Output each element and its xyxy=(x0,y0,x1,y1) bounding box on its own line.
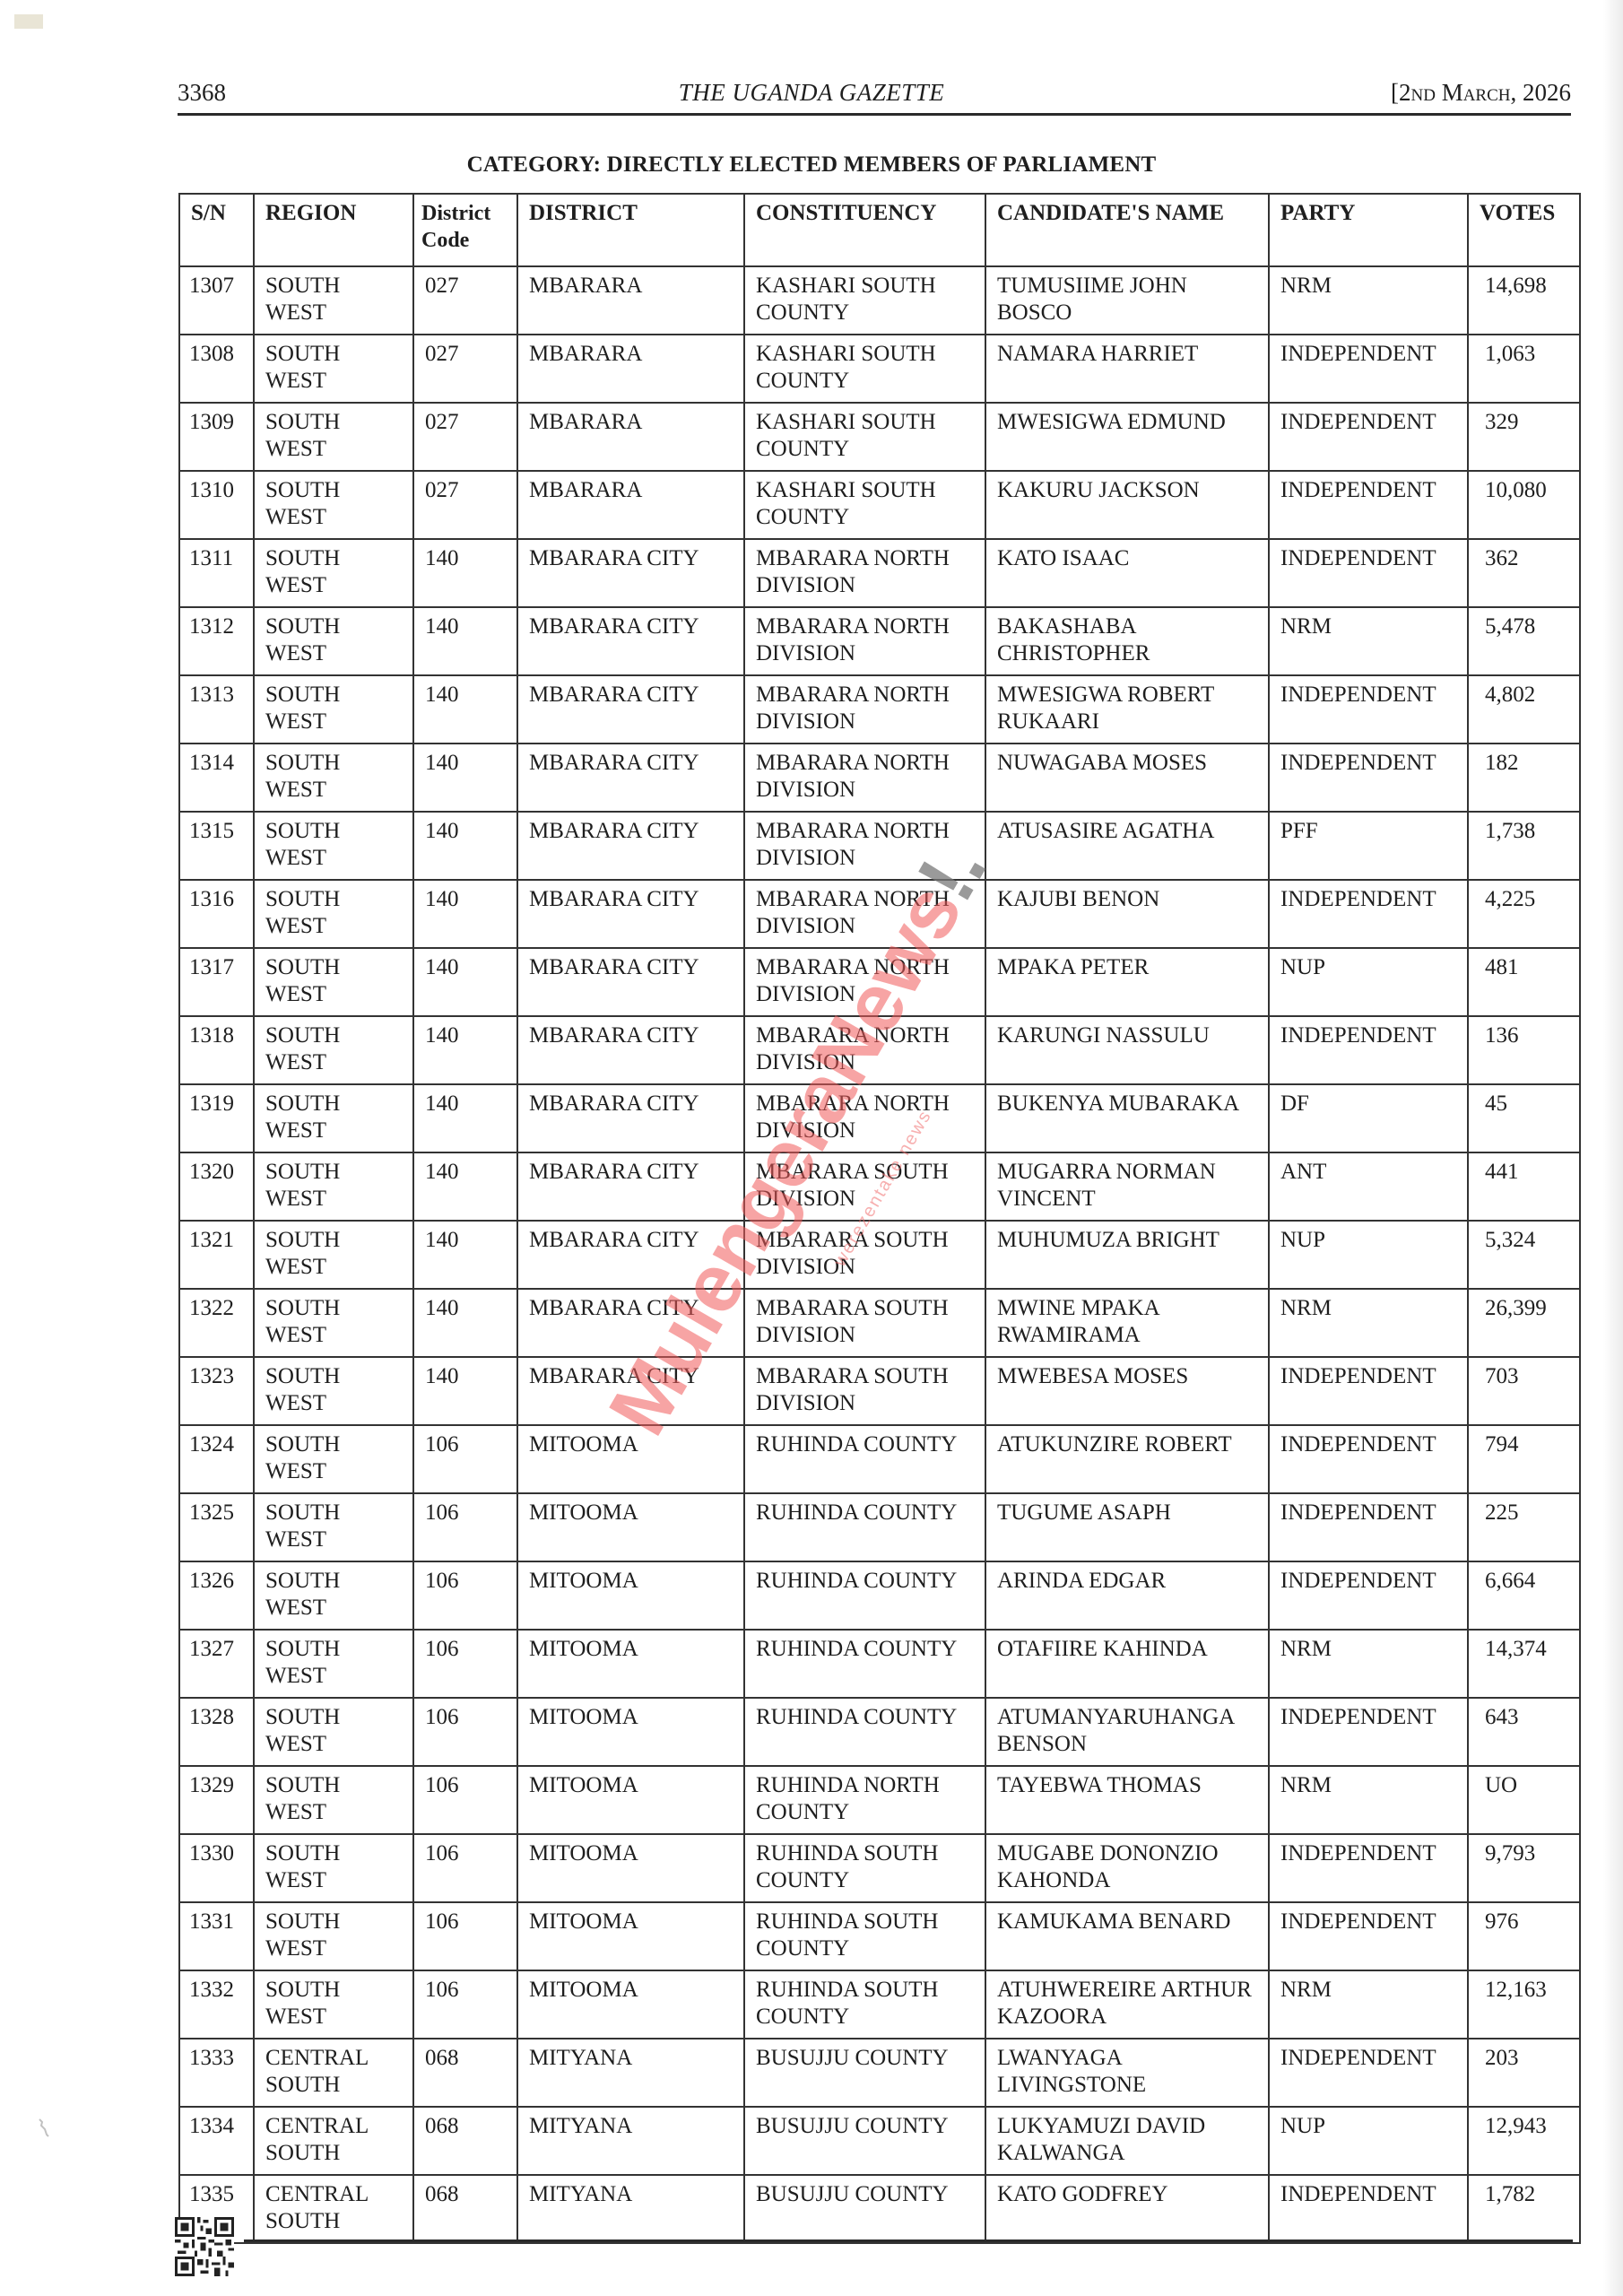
table-row: 1317SOUTH WEST140MBARARA CITYMBARARA NOR… xyxy=(179,948,1580,1016)
date-bracket: [ xyxy=(1391,79,1399,106)
cell-region: SOUTH WEST xyxy=(254,948,413,1016)
cell-district: MBARARA xyxy=(517,471,744,539)
cell-candidate: MPAKA PETER xyxy=(985,948,1269,1016)
table-row: 1308SOUTH WEST027MBARARAKASHARI SOUTH CO… xyxy=(179,335,1580,403)
table-row: 1334CENTRAL SOUTH068MITYANABUSUJJU COUNT… xyxy=(179,2107,1580,2175)
cell-sn: 1313 xyxy=(179,675,254,744)
cell-votes: 45 xyxy=(1468,1084,1580,1152)
cell-party: INDEPENDENT xyxy=(1269,2039,1468,2107)
cell-region: CENTRAL SOUTH xyxy=(254,2175,413,2243)
cell-sn: 1331 xyxy=(179,1902,254,1970)
cell-candidate: LWANYAGA LIVINGSTONE xyxy=(985,2039,1269,2107)
cell-district: MITYANA xyxy=(517,2107,744,2175)
cell-party: INDEPENDENT xyxy=(1269,403,1468,471)
cell-party: INDEPENDENT xyxy=(1269,880,1468,948)
cell-district-code: 140 xyxy=(413,675,517,744)
cell-constituency: BUSUJJU COUNTY xyxy=(744,2039,985,2107)
cell-region: SOUTH WEST xyxy=(254,1357,413,1425)
cell-district: MBARARA CITY xyxy=(517,948,744,1016)
cell-district: MITYANA xyxy=(517,2039,744,2107)
cell-party: DF xyxy=(1269,1084,1468,1152)
cell-constituency: MBARARA NORTH DIVISION xyxy=(744,1016,985,1084)
cell-candidate: KARUNGI NASSULU xyxy=(985,1016,1269,1084)
qr-code-icon xyxy=(175,2217,234,2276)
table-row: 1315SOUTH WEST140MBARARA CITYMBARARA NOR… xyxy=(179,812,1580,880)
cell-region: SOUTH WEST xyxy=(254,1561,413,1630)
table-row: 1335CENTRAL SOUTH068MITYANABUSUJJU COUNT… xyxy=(179,2175,1580,2243)
cell-candidate: BUKENYA MUBARAKA xyxy=(985,1084,1269,1152)
cell-sn: 1334 xyxy=(179,2107,254,2175)
cell-constituency: MBARARA NORTH DIVISION xyxy=(744,675,985,744)
cell-party: INDEPENDENT xyxy=(1269,1698,1468,1766)
cell-sn: 1318 xyxy=(179,1016,254,1084)
page-edge-shadow xyxy=(1603,0,1623,2296)
cell-sn: 1323 xyxy=(179,1357,254,1425)
cell-district-code: 140 xyxy=(413,744,517,812)
cell-district-code: 140 xyxy=(413,948,517,1016)
cell-votes: 643 xyxy=(1468,1698,1580,1766)
table-row: 1313SOUTH WEST140MBARARA CITYMBARARA NOR… xyxy=(179,675,1580,744)
date-day-suffix: nd xyxy=(1411,79,1436,106)
cell-candidate: ARINDA EDGAR xyxy=(985,1561,1269,1630)
cell-district-code: 140 xyxy=(413,1289,517,1357)
table-row: 1311SOUTH WEST140MBARARA CITYMBARARA NOR… xyxy=(179,539,1580,607)
cell-district-code: 106 xyxy=(413,1493,517,1561)
table-row: 1318SOUTH WEST140MBARARA CITYMBARARA NOR… xyxy=(179,1016,1580,1084)
cell-party: NUP xyxy=(1269,2107,1468,2175)
cell-sn: 1333 xyxy=(179,2039,254,2107)
cell-votes: 976 xyxy=(1468,1902,1580,1970)
cell-votes: 14,374 xyxy=(1468,1630,1580,1698)
gazette-title: THE UGANDA GAZETTE xyxy=(0,79,1623,107)
cell-candidate: KATO ISAAC xyxy=(985,539,1269,607)
scan-speck-artifact xyxy=(38,2118,50,2138)
cell-candidate: MWINE MPAKA RWAMIRAMA xyxy=(985,1289,1269,1357)
table-row: 1332SOUTH WEST106MITOOMARUHINDA SOUTH CO… xyxy=(179,1970,1580,2039)
cell-district: MITOOMA xyxy=(517,1970,744,2039)
cell-party: NRM xyxy=(1269,266,1468,335)
cell-district: MBARARA CITY xyxy=(517,539,744,607)
cell-district-code: 106 xyxy=(413,1561,517,1630)
cell-constituency: KASHARI SOUTH COUNTY xyxy=(744,403,985,471)
cell-constituency: MBARARA SOUTH DIVISION xyxy=(744,1221,985,1289)
cell-candidate: TAYEBWA THOMAS xyxy=(985,1766,1269,1834)
cell-party: INDEPENDENT xyxy=(1269,675,1468,744)
table-row: 1325SOUTH WEST106MITOOMARUHINDA COUNTYTU… xyxy=(179,1493,1580,1561)
cell-votes: 225 xyxy=(1468,1493,1580,1561)
column-header-district-code: DistrictCode xyxy=(413,194,517,266)
table-row: 1333CENTRAL SOUTH068MITYANABUSUJJU COUNT… xyxy=(179,2039,1580,2107)
cell-district-code: 027 xyxy=(413,335,517,403)
cell-sn: 1324 xyxy=(179,1425,254,1493)
cell-sn: 1325 xyxy=(179,1493,254,1561)
cell-party: INDEPENDENT xyxy=(1269,744,1468,812)
cell-constituency: RUHINDA SOUTH COUNTY xyxy=(744,1970,985,2039)
cell-district: MBARARA CITY xyxy=(517,1357,744,1425)
footer-rule xyxy=(244,2239,1573,2242)
table-row: 1324SOUTH WEST106MITOOMARUHINDA COUNTYAT… xyxy=(179,1425,1580,1493)
cell-sn: 1312 xyxy=(179,607,254,675)
cell-candidate: KATO GODFREY xyxy=(985,2175,1269,2243)
cell-candidate: MUGABE DONONZIO KAHONDA xyxy=(985,1834,1269,1902)
cell-candidate: LUKYAMUZI DAVID KALWANGA xyxy=(985,2107,1269,2175)
cell-region: SOUTH WEST xyxy=(254,1766,413,1834)
header-rule xyxy=(178,113,1571,116)
cell-region: SOUTH WEST xyxy=(254,812,413,880)
cell-sn: 1322 xyxy=(179,1289,254,1357)
cell-party: NUP xyxy=(1269,948,1468,1016)
date-day: 2 xyxy=(1399,79,1411,106)
cell-district: MBARARA xyxy=(517,266,744,335)
cell-party: INDEPENDENT xyxy=(1269,1016,1468,1084)
cell-constituency: MBARARA SOUTH DIVISION xyxy=(744,1289,985,1357)
cell-district-code: 140 xyxy=(413,1016,517,1084)
cell-candidate: ATUSASIRE AGATHA xyxy=(985,812,1269,880)
cell-region: SOUTH WEST xyxy=(254,335,413,403)
column-header-candidate: CANDIDATE'S NAME xyxy=(985,194,1269,266)
cell-district: MITOOMA xyxy=(517,1425,744,1493)
cell-district-code: 106 xyxy=(413,1630,517,1698)
cell-sn: 1320 xyxy=(179,1152,254,1221)
cell-candidate: ATUKUNZIRE ROBERT xyxy=(985,1425,1269,1493)
cell-district: MBARARA CITY xyxy=(517,812,744,880)
cell-party: INDEPENDENT xyxy=(1269,1561,1468,1630)
cell-votes: 10,080 xyxy=(1468,471,1580,539)
table-row: 1309SOUTH WEST027MBARARAKASHARI SOUTH CO… xyxy=(179,403,1580,471)
cell-district: MITOOMA xyxy=(517,1698,744,1766)
cell-party: NUP xyxy=(1269,1221,1468,1289)
cell-votes: 362 xyxy=(1468,539,1580,607)
cell-region: SOUTH WEST xyxy=(254,1289,413,1357)
cell-constituency: BUSUJJU COUNTY xyxy=(744,2175,985,2243)
cell-district: MBARARA CITY xyxy=(517,1221,744,1289)
cell-district-code: 027 xyxy=(413,266,517,335)
cell-district-code: 140 xyxy=(413,539,517,607)
results-table: S/N REGION DistrictCode DISTRICT CONSTIT… xyxy=(178,193,1581,2244)
cell-region: SOUTH WEST xyxy=(254,471,413,539)
cell-district-code: 140 xyxy=(413,880,517,948)
table-row: 1321SOUTH WEST140MBARARA CITYMBARARA SOU… xyxy=(179,1221,1580,1289)
column-header-party: PARTY xyxy=(1269,194,1468,266)
district-code-line1: District xyxy=(421,202,490,225)
column-header-constituency: CONSTITUENCY xyxy=(744,194,985,266)
cell-sn: 1310 xyxy=(179,471,254,539)
cell-candidate: KAKURU JACKSON xyxy=(985,471,1269,539)
cell-region: SOUTH WEST xyxy=(254,403,413,471)
cell-party: NRM xyxy=(1269,1630,1468,1698)
cell-constituency: MBARARA NORTH DIVISION xyxy=(744,1084,985,1152)
table-row: 1323SOUTH WEST140MBARARA CITYMBARARA SOU… xyxy=(179,1357,1580,1425)
cell-constituency: KASHARI SOUTH COUNTY xyxy=(744,266,985,335)
table-row: 1316SOUTH WEST140MBARARA CITYMBARARA NOR… xyxy=(179,880,1580,948)
table-row: 1331SOUTH WEST106MITOOMARUHINDA SOUTH CO… xyxy=(179,1902,1580,1970)
cell-constituency: RUHINDA COUNTY xyxy=(744,1630,985,1698)
cell-votes: 5,478 xyxy=(1468,607,1580,675)
cell-district: MBARARA CITY xyxy=(517,880,744,948)
date-month: March xyxy=(1442,79,1511,106)
cell-district-code: 106 xyxy=(413,1970,517,2039)
cell-votes: 329 xyxy=(1468,403,1580,471)
cell-district-code: 140 xyxy=(413,812,517,880)
cell-sn: 1329 xyxy=(179,1766,254,1834)
cell-constituency: RUHINDA SOUTH COUNTY xyxy=(744,1834,985,1902)
cell-votes: 703 xyxy=(1468,1357,1580,1425)
cell-district-code: 140 xyxy=(413,607,517,675)
cell-district: MBARARA CITY xyxy=(517,1152,744,1221)
cell-candidate: MUHUMUZA BRIGHT xyxy=(985,1221,1269,1289)
cell-party: NRM xyxy=(1269,607,1468,675)
cell-sn: 1308 xyxy=(179,335,254,403)
table-row: 1314SOUTH WEST140MBARARA CITYMBARARA NOR… xyxy=(179,744,1580,812)
cell-votes: 4,225 xyxy=(1468,880,1580,948)
cell-votes: 1,738 xyxy=(1468,812,1580,880)
cell-region: SOUTH WEST xyxy=(254,880,413,948)
cell-constituency: RUHINDA COUNTY xyxy=(744,1561,985,1630)
cell-region: SOUTH WEST xyxy=(254,266,413,335)
cell-constituency: MBARARA NORTH DIVISION xyxy=(744,607,985,675)
table-row: 1328SOUTH WEST106MITOOMARUHINDA COUNTYAT… xyxy=(179,1698,1580,1766)
cell-constituency: BUSUJJU COUNTY xyxy=(744,2107,985,2175)
cell-district: MBARARA CITY xyxy=(517,744,744,812)
cell-candidate: MUGARRA NORMAN VINCENT xyxy=(985,1152,1269,1221)
cell-region: SOUTH WEST xyxy=(254,1902,413,1970)
cell-district-code: 106 xyxy=(413,1902,517,1970)
cell-district-code: 140 xyxy=(413,1221,517,1289)
cell-constituency: RUHINDA COUNTY xyxy=(744,1698,985,1766)
cell-sn: 1327 xyxy=(179,1630,254,1698)
category-heading: CATEGORY: DIRECTLY ELECTED MEMBERS OF PA… xyxy=(0,152,1623,178)
cell-region: SOUTH WEST xyxy=(254,1698,413,1766)
cell-votes: 441 xyxy=(1468,1152,1580,1221)
cell-sn: 1319 xyxy=(179,1084,254,1152)
cell-party: NRM xyxy=(1269,1766,1468,1834)
cell-candidate: ATUHWEREIRE ARTHUR KAZOORA xyxy=(985,1970,1269,2039)
cell-votes: 14,698 xyxy=(1468,266,1580,335)
cell-constituency: MBARARA SOUTH DIVISION xyxy=(744,1357,985,1425)
cell-votes: 9,793 xyxy=(1468,1834,1580,1902)
cell-region: SOUTH WEST xyxy=(254,675,413,744)
cell-candidate: ATUMANYARUHANGA BENSON xyxy=(985,1698,1269,1766)
cell-constituency: KASHARI SOUTH COUNTY xyxy=(744,335,985,403)
gazette-date: [2nd March, 2026 xyxy=(1391,79,1571,107)
column-header-votes: VOTES xyxy=(1468,194,1580,266)
table-row: 1307SOUTH WEST027MBARARAKASHARI SOUTH CO… xyxy=(179,266,1580,335)
cell-district-code: 106 xyxy=(413,1834,517,1902)
table-row: 1326SOUTH WEST106MITOOMARUHINDA COUNTYAR… xyxy=(179,1561,1580,1630)
cell-constituency: RUHINDA SOUTH COUNTY xyxy=(744,1902,985,1970)
column-header-district: DISTRICT xyxy=(517,194,744,266)
table-row: 1330SOUTH WEST106MITOOMARUHINDA SOUTH CO… xyxy=(179,1834,1580,1902)
cell-region: SOUTH WEST xyxy=(254,1084,413,1152)
date-year: , 2026 xyxy=(1511,79,1572,106)
cell-district: MBARARA CITY xyxy=(517,1289,744,1357)
cell-region: SOUTH WEST xyxy=(254,1630,413,1698)
cell-candidate: OTAFIIRE KAHINDA xyxy=(985,1630,1269,1698)
cell-district-code: 027 xyxy=(413,403,517,471)
column-header-sn: S/N xyxy=(179,194,254,266)
cell-candidate: TUGUME ASAPH xyxy=(985,1493,1269,1561)
cell-district-code: 140 xyxy=(413,1084,517,1152)
cell-sn: 1332 xyxy=(179,1970,254,2039)
cell-district: MITYANA xyxy=(517,2175,744,2243)
cell-constituency: MBARARA NORTH DIVISION xyxy=(744,948,985,1016)
cell-party: PFF xyxy=(1269,812,1468,880)
cell-votes: 794 xyxy=(1468,1425,1580,1493)
cell-region: SOUTH WEST xyxy=(254,1221,413,1289)
cell-constituency: MBARARA SOUTH DIVISION xyxy=(744,1152,985,1221)
cell-district-code: 068 xyxy=(413,2107,517,2175)
cell-sn: 1309 xyxy=(179,403,254,471)
cell-votes: 182 xyxy=(1468,744,1580,812)
cell-candidate: BAKASHABA CHRISTOPHER xyxy=(985,607,1269,675)
table-row: 1312SOUTH WEST140MBARARA CITYMBARARA NOR… xyxy=(179,607,1580,675)
cell-constituency: MBARARA NORTH DIVISION xyxy=(744,744,985,812)
cell-district-code: 106 xyxy=(413,1425,517,1493)
cell-district: MBARARA xyxy=(517,335,744,403)
cell-district: MITOOMA xyxy=(517,1493,744,1561)
cell-candidate: TUMUSIIME JOHN BOSCO xyxy=(985,266,1269,335)
cell-sn: 1316 xyxy=(179,880,254,948)
cell-sn: 1311 xyxy=(179,539,254,607)
cell-constituency: RUHINDA NORTH COUNTY xyxy=(744,1766,985,1834)
cell-party: INDEPENDENT xyxy=(1269,1357,1468,1425)
cell-district: MBARARA CITY xyxy=(517,675,744,744)
cell-constituency: MBARARA NORTH DIVISION xyxy=(744,539,985,607)
cell-region: SOUTH WEST xyxy=(254,1152,413,1221)
cell-district-code: 140 xyxy=(413,1357,517,1425)
cell-votes: 6,664 xyxy=(1468,1561,1580,1630)
cell-district-code: 106 xyxy=(413,1698,517,1766)
cell-region: SOUTH WEST xyxy=(254,539,413,607)
cell-votes: 12,163 xyxy=(1468,1970,1580,2039)
cell-sn: 1326 xyxy=(179,1561,254,1630)
cell-sn: 1307 xyxy=(179,266,254,335)
cell-votes: 1,063 xyxy=(1468,335,1580,403)
cell-district: MITOOMA xyxy=(517,1902,744,1970)
table-row: 1320SOUTH WEST140MBARARA CITYMBARARA SOU… xyxy=(179,1152,1580,1221)
cell-region: SOUTH WEST xyxy=(254,607,413,675)
cell-district-code: 068 xyxy=(413,2039,517,2107)
table-body: 1307SOUTH WEST027MBARARAKASHARI SOUTH CO… xyxy=(179,266,1580,2243)
cell-district: MBARARA xyxy=(517,403,744,471)
cell-sn: 1321 xyxy=(179,1221,254,1289)
cell-candidate: MWESIGWA ROBERT RUKAARI xyxy=(985,675,1269,744)
cell-district-code: 068 xyxy=(413,2175,517,2243)
cell-district: MBARARA CITY xyxy=(517,1084,744,1152)
scan-artifact xyxy=(14,14,43,29)
column-header-region: REGION xyxy=(254,194,413,266)
table-row: 1319SOUTH WEST140MBARARA CITYMBARARA NOR… xyxy=(179,1084,1580,1152)
cell-candidate: MWESIGWA EDMUND xyxy=(985,403,1269,471)
cell-party: INDEPENDENT xyxy=(1269,2175,1468,2243)
cell-party: INDEPENDENT xyxy=(1269,471,1468,539)
cell-region: SOUTH WEST xyxy=(254,1016,413,1084)
table-header-row: S/N REGION DistrictCode DISTRICT CONSTIT… xyxy=(179,194,1580,266)
cell-candidate: MWEBESA MOSES xyxy=(985,1357,1269,1425)
cell-sn: 1315 xyxy=(179,812,254,880)
cell-party: NRM xyxy=(1269,1289,1468,1357)
cell-region: SOUTH WEST xyxy=(254,744,413,812)
cell-votes: 203 xyxy=(1468,2039,1580,2107)
cell-region: SOUTH WEST xyxy=(254,1425,413,1493)
cell-votes: 5,324 xyxy=(1468,1221,1580,1289)
cell-party: INDEPENDENT xyxy=(1269,1902,1468,1970)
cell-district: MITOOMA xyxy=(517,1766,744,1834)
cell-constituency: RUHINDA COUNTY xyxy=(744,1425,985,1493)
cell-district: MBARARA CITY xyxy=(517,607,744,675)
table-row: 1329SOUTH WEST106MITOOMARUHINDA NORTH CO… xyxy=(179,1766,1580,1834)
cell-votes: 4,802 xyxy=(1468,675,1580,744)
cell-candidate: KAJUBI BENON xyxy=(985,880,1269,948)
cell-region: SOUTH WEST xyxy=(254,1493,413,1561)
cell-party: INDEPENDENT xyxy=(1269,1834,1468,1902)
cell-votes: 26,399 xyxy=(1468,1289,1580,1357)
cell-candidate: KAMUKAMA BENARD xyxy=(985,1902,1269,1970)
cell-district: MITOOMA xyxy=(517,1561,744,1630)
cell-party: NRM xyxy=(1269,1970,1468,2039)
cell-constituency: MBARARA NORTH DIVISION xyxy=(744,812,985,880)
cell-votes: 481 xyxy=(1468,948,1580,1016)
cell-district-code: 140 xyxy=(413,1152,517,1221)
cell-district-code: 027 xyxy=(413,471,517,539)
cell-sn: 1317 xyxy=(179,948,254,1016)
district-code-line2: Code xyxy=(421,229,469,252)
cell-district: MITOOMA xyxy=(517,1834,744,1902)
cell-sn: 1330 xyxy=(179,1834,254,1902)
cell-party: INDEPENDENT xyxy=(1269,539,1468,607)
cell-constituency: MBARARA NORTH DIVISION xyxy=(744,880,985,948)
cell-party: INDEPENDENT xyxy=(1269,335,1468,403)
cell-region: CENTRAL SOUTH xyxy=(254,2039,413,2107)
cell-party: ANT xyxy=(1269,1152,1468,1221)
cell-party: INDEPENDENT xyxy=(1269,1493,1468,1561)
cell-votes: UO xyxy=(1468,1766,1580,1834)
cell-votes: 12,943 xyxy=(1468,2107,1580,2175)
table-row: 1322SOUTH WEST140MBARARA CITYMBARARA SOU… xyxy=(179,1289,1580,1357)
cell-candidate: NUWAGABA MOSES xyxy=(985,744,1269,812)
cell-constituency: KASHARI SOUTH COUNTY xyxy=(744,471,985,539)
cell-sn: 1328 xyxy=(179,1698,254,1766)
cell-party: INDEPENDENT xyxy=(1269,1425,1468,1493)
cell-district: MBARARA CITY xyxy=(517,1016,744,1084)
cell-votes: 1,782 xyxy=(1468,2175,1580,2243)
cell-region: SOUTH WEST xyxy=(254,1970,413,2039)
cell-constituency: RUHINDA COUNTY xyxy=(744,1493,985,1561)
cell-district-code: 106 xyxy=(413,1766,517,1834)
cell-district: MITOOMA xyxy=(517,1630,744,1698)
table-row: 1310SOUTH WEST027MBARARAKASHARI SOUTH CO… xyxy=(179,471,1580,539)
cell-votes: 136 xyxy=(1468,1016,1580,1084)
cell-candidate: NAMARA HARRIET xyxy=(985,335,1269,403)
cell-region: CENTRAL SOUTH xyxy=(254,2107,413,2175)
table-row: 1327SOUTH WEST106MITOOMARUHINDA COUNTYOT… xyxy=(179,1630,1580,1698)
cell-sn: 1314 xyxy=(179,744,254,812)
cell-region: SOUTH WEST xyxy=(254,1834,413,1902)
